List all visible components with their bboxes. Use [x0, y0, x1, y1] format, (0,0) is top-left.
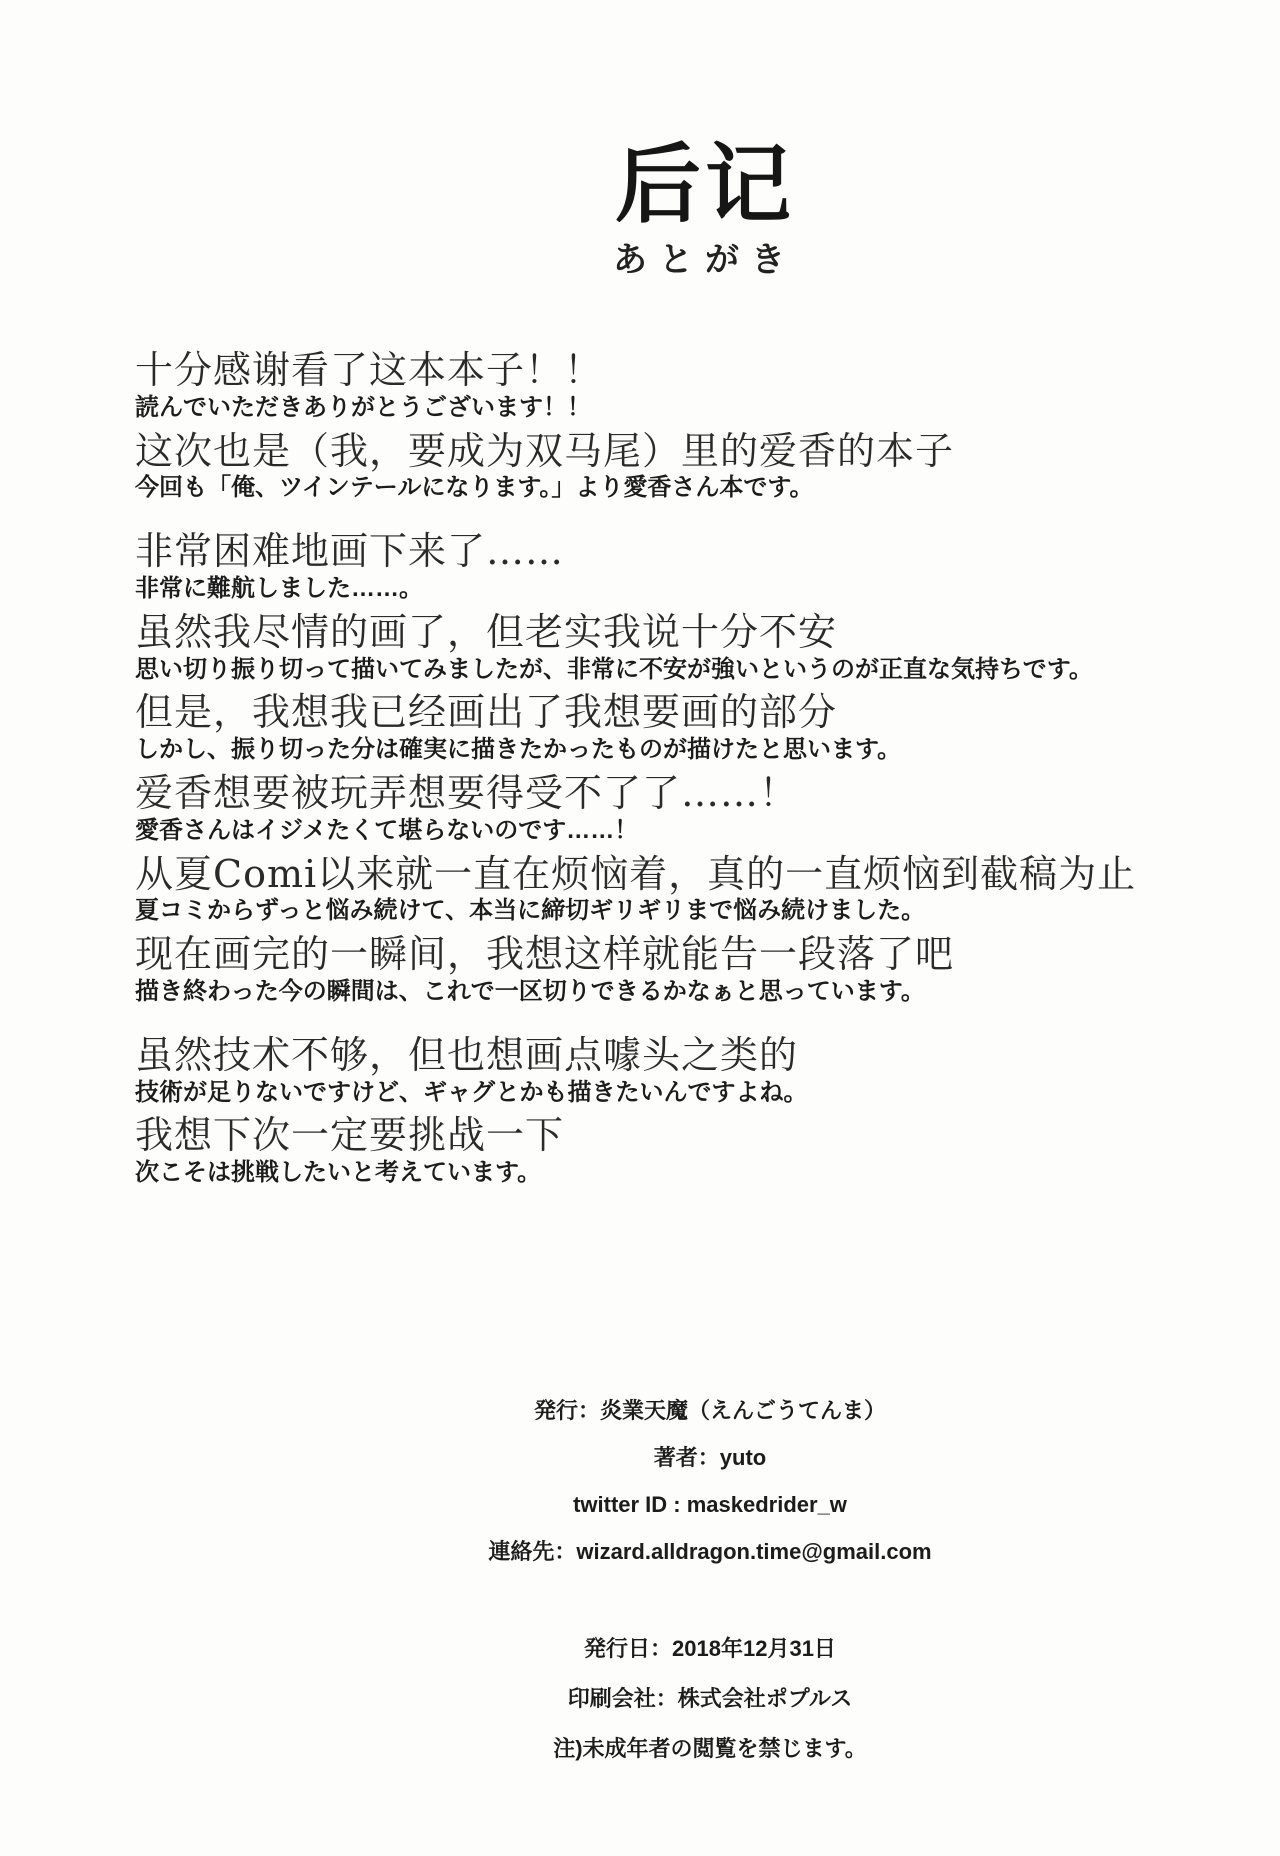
afterword-line-jp: 夏コミからずっと悩み続けて、本当に締切ギリギリまで悩み続けました。 — [135, 897, 1225, 926]
afterword-line-pair: 这次也是（我，要成为双马尾）里的爱香的本子 今回も「俺、ツインテールになります。… — [135, 431, 1225, 504]
afterword-line-jp: 描き終わった今の瞬間は、これで一区切りできるかなぁと思っています。 — [135, 978, 1225, 1007]
colophon-contact: 連絡先：wizard.alldragon.time@gmail.com — [140, 1541, 1280, 1563]
afterword-line-cn: 爱香想要被玩弄想要得受不了了……！ — [135, 773, 1225, 815]
adult-notice: 注)未成年者の閲覧を禁じます。 — [140, 1738, 1280, 1760]
afterword-line-jp: 愛香さんはイジメたくて堪らないのです……！ — [135, 817, 1225, 846]
colophon-publisher: 発行：炎業天魔（えんごうてんま） — [140, 1400, 1280, 1422]
page-subtitle: あとがき — [130, 232, 1280, 281]
afterword-line-cn: 这次也是（我，要成为双马尾）里的爱香的本子 — [135, 431, 1225, 473]
publication-date: 発行日：2018年12月31日 — [140, 1638, 1280, 1660]
afterword-line-jp: 非常に難航しました……。 — [135, 575, 1225, 604]
afterword-line-cn: 非常困难地画下来了…… — [135, 531, 1225, 573]
afterword-line-cn: 十分感谢看了这本本子！！ — [135, 350, 1225, 392]
afterword-line-pair: 我想下次一定要挑战一下 次こそは挑戦したいと考えています。 — [135, 1115, 1225, 1188]
afterword-line-pair: 十分感谢看了这本本子！！ 読んでいただきありがとうございます！！ — [135, 350, 1225, 423]
afterword-line-jp: 今回も「俺、ツインテールになります。」より愛香さん本です。 — [135, 474, 1225, 503]
afterword-line-jp: 思い切り振り切って描いてみましたが、非常に不安が強いというのが正直な気持ちです。 — [135, 656, 1225, 685]
afterword-line-jp: しかし、振り切った分は確実に描きたかったものが描けたと思います。 — [135, 736, 1225, 765]
afterword-line-jp: 読んでいただきありがとうございます！！ — [135, 394, 1225, 423]
publication-info: 発行日：2018年12月31日 印刷会社：株式会社ポプルス 注)未成年者の閲覧を… — [0, 1638, 1280, 1788]
afterword-line-cn: 虽然我尽情的画了，但老实我说十分不安 — [135, 612, 1225, 654]
page-title: 后记 — [130, 142, 1280, 228]
colophon: 発行：炎業天魔（えんごうてんま） 著者：yuto twitter ID : ma… — [0, 1400, 1280, 1588]
afterword-line-pair: 虽然我尽情的画了，但老实我说十分不安 思い切り振り切って描いてみましたが、非常に… — [135, 612, 1225, 685]
afterword-line-pair: 现在画完的一瞬间，我想这样就能告一段落了吧 描き終わった今の瞬間は、これで一区切… — [135, 934, 1225, 1007]
colophon-twitter: twitter ID : maskedrider_w — [140, 1494, 1280, 1516]
afterword-line-cn: 从夏Comi以来就一直在烦恼着，真的一直烦恼到截稿为止 — [135, 854, 1225, 896]
afterword-line-pair: 虽然技术不够，但也想画点噱头之类的 技術が足りないですけど、ギャグとかも描きたい… — [135, 1035, 1225, 1108]
afterword-line-jp: 次こそは挑戦したいと考えています。 — [135, 1159, 1225, 1188]
afterword-line-cn: 虽然技术不够，但也想画点噱头之类的 — [135, 1035, 1225, 1077]
afterword-line-pair: 非常困难地画下来了…… 非常に難航しました……。 — [135, 531, 1225, 604]
afterword-line-cn: 我想下次一定要挑战一下 — [135, 1115, 1225, 1157]
afterword-line-cn: 现在画完的一瞬间，我想这样就能告一段落了吧 — [135, 934, 1225, 976]
afterword-line-pair: 爱香想要被玩弄想要得受不了了……！ 愛香さんはイジメたくて堪らないのです……！ — [135, 773, 1225, 846]
afterword-line-jp: 技術が足りないですけど、ギャグとかも描きたいんですよね。 — [135, 1079, 1225, 1108]
afterword-line-pair: 从夏Comi以来就一直在烦恼着，真的一直烦恼到截稿为止 夏コミからずっと悩み続け… — [135, 854, 1225, 927]
title-block: 后记 あとがき — [0, 142, 1280, 281]
afterword-line-pair: 但是，我想我已经画出了我想要画的部分 しかし、振り切った分は確実に描きたかったも… — [135, 692, 1225, 765]
afterword-page: 后记 あとがき 十分感谢看了这本本子！！ 読んでいただきありがとうございます！！… — [0, 0, 1280, 1856]
publication-printer: 印刷会社：株式会社ポプルス — [140, 1688, 1280, 1710]
afterword-line-cn: 但是，我想我已经画出了我想要画的部分 — [135, 692, 1225, 734]
colophon-author: 著者：yuto — [140, 1447, 1280, 1469]
afterword-body: 十分感谢看了这本本子！！ 読んでいただきありがとうございます！！ 这次也是（我，… — [135, 350, 1225, 1196]
